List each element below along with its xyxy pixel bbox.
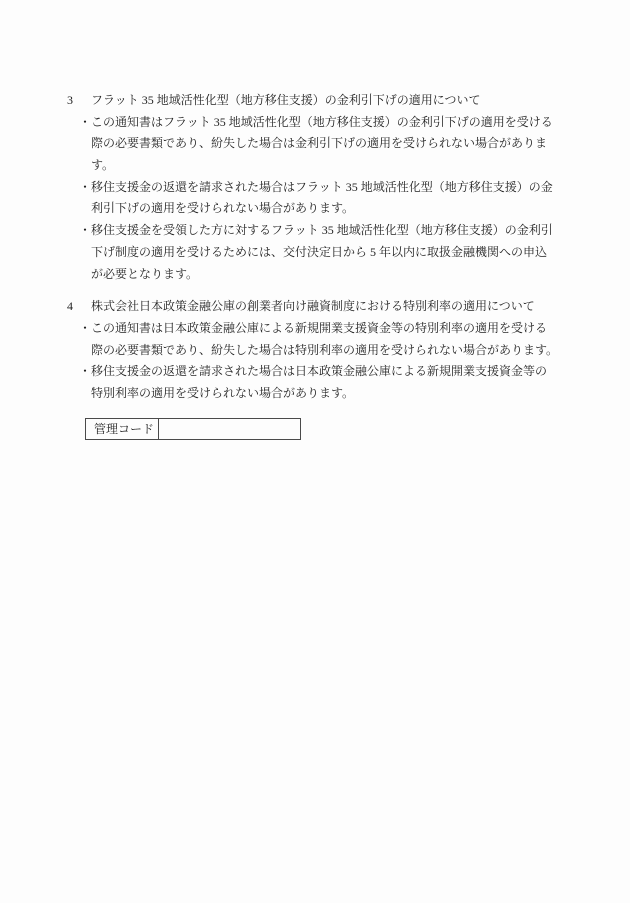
bullet-line: ・移住支援金の返還を請求された場合はフラット 35 地域活性化型（地方移住支援）…	[67, 177, 587, 199]
bullet-line: ・この通知書は日本政策金融公庫による新規開業支援資金等の特別利率の適用を受ける	[67, 318, 587, 340]
bullet-text: 移住支援金を受領した方に対するフラット 35 地域活性化型（地方移住支援）の金利…	[91, 223, 553, 237]
management-code-value	[159, 418, 301, 439]
section-flat35: 3フラット 35 地域活性化型（地方移住支援）の金利引下げの適用について ・この…	[67, 90, 587, 285]
bullet-text: 移住支援金の返還を請求された場合は日本政策金融公庫による新規開業支援資金等の	[91, 364, 547, 378]
document-page: 3フラット 35 地域活性化型（地方移住支援）の金利引下げの適用について ・この…	[0, 0, 630, 903]
bullet-text: す。	[67, 155, 587, 177]
bullet-line: ・この通知書はフラット 35 地域活性化型（地方移住支援）の金利引下げの適用を受…	[67, 112, 587, 134]
bullet-text: 特別利率の適用を受けられない場合があります。	[67, 383, 587, 405]
bullet-text: この通知書は日本政策金融公庫による新規開業支援資金等の特別利率の適用を受ける	[91, 321, 547, 335]
bullet-icon: ・	[79, 318, 91, 340]
section-title: フラット 35 地域活性化型（地方移住支援）の金利引下げの適用について	[91, 93, 481, 107]
section-heading: 3フラット 35 地域活性化型（地方移住支援）の金利引下げの適用について	[67, 90, 587, 112]
bullet-icon: ・	[79, 177, 91, 199]
section-number: 3	[67, 90, 91, 112]
bullet-icon: ・	[79, 220, 91, 242]
bullet-line: ・移住支援金を受領した方に対するフラット 35 地域活性化型（地方移住支援）の金…	[67, 220, 587, 242]
bullet-icon: ・	[79, 112, 91, 134]
section-heading: 4株式会社日本政策金融公庫の創業者向け融資制度における特別利率の適用について	[67, 296, 587, 318]
document-body: 3フラット 35 地域活性化型（地方移住支援）の金利引下げの適用について ・この…	[67, 90, 587, 440]
bullet-line: ・移住支援金の返還を請求された場合は日本政策金融公庫による新規開業支援資金等の	[67, 361, 587, 383]
management-code-table: 管理コード	[85, 418, 301, 440]
bullet-text: が必要となります。	[67, 264, 587, 286]
table-row: 管理コード	[86, 418, 301, 439]
bullet-text: 移住支援金の返還を請求された場合はフラット 35 地域活性化型（地方移住支援）の…	[91, 180, 553, 194]
bullet-text: 下げ制度の適用を受けるためには、交付決定日から 5 年以内に取扱金融機関への申込	[67, 242, 587, 264]
section-jfc: 4株式会社日本政策金融公庫の創業者向け融資制度における特別利率の適用について ・…	[67, 296, 587, 404]
bullet-text: 際の必要書類であり、紛失した場合は金利引下げの適用を受けられない場合がありま	[67, 133, 587, 155]
bullet-icon: ・	[79, 361, 91, 383]
bullet-text: 際の必要書類であり、紛失した場合は特別利率の適用を受けられない場合があります。	[67, 340, 587, 362]
section-number: 4	[67, 296, 91, 318]
bullet-text: この通知書はフラット 35 地域活性化型（地方移住支援）の金利引下げの適用を受け…	[91, 115, 553, 129]
bullet-text: 利引下げの適用を受けられない場合があります。	[67, 198, 587, 220]
section-title: 株式会社日本政策金融公庫の創業者向け融資制度における特別利率の適用について	[91, 299, 535, 313]
management-code-label: 管理コード	[86, 418, 159, 439]
